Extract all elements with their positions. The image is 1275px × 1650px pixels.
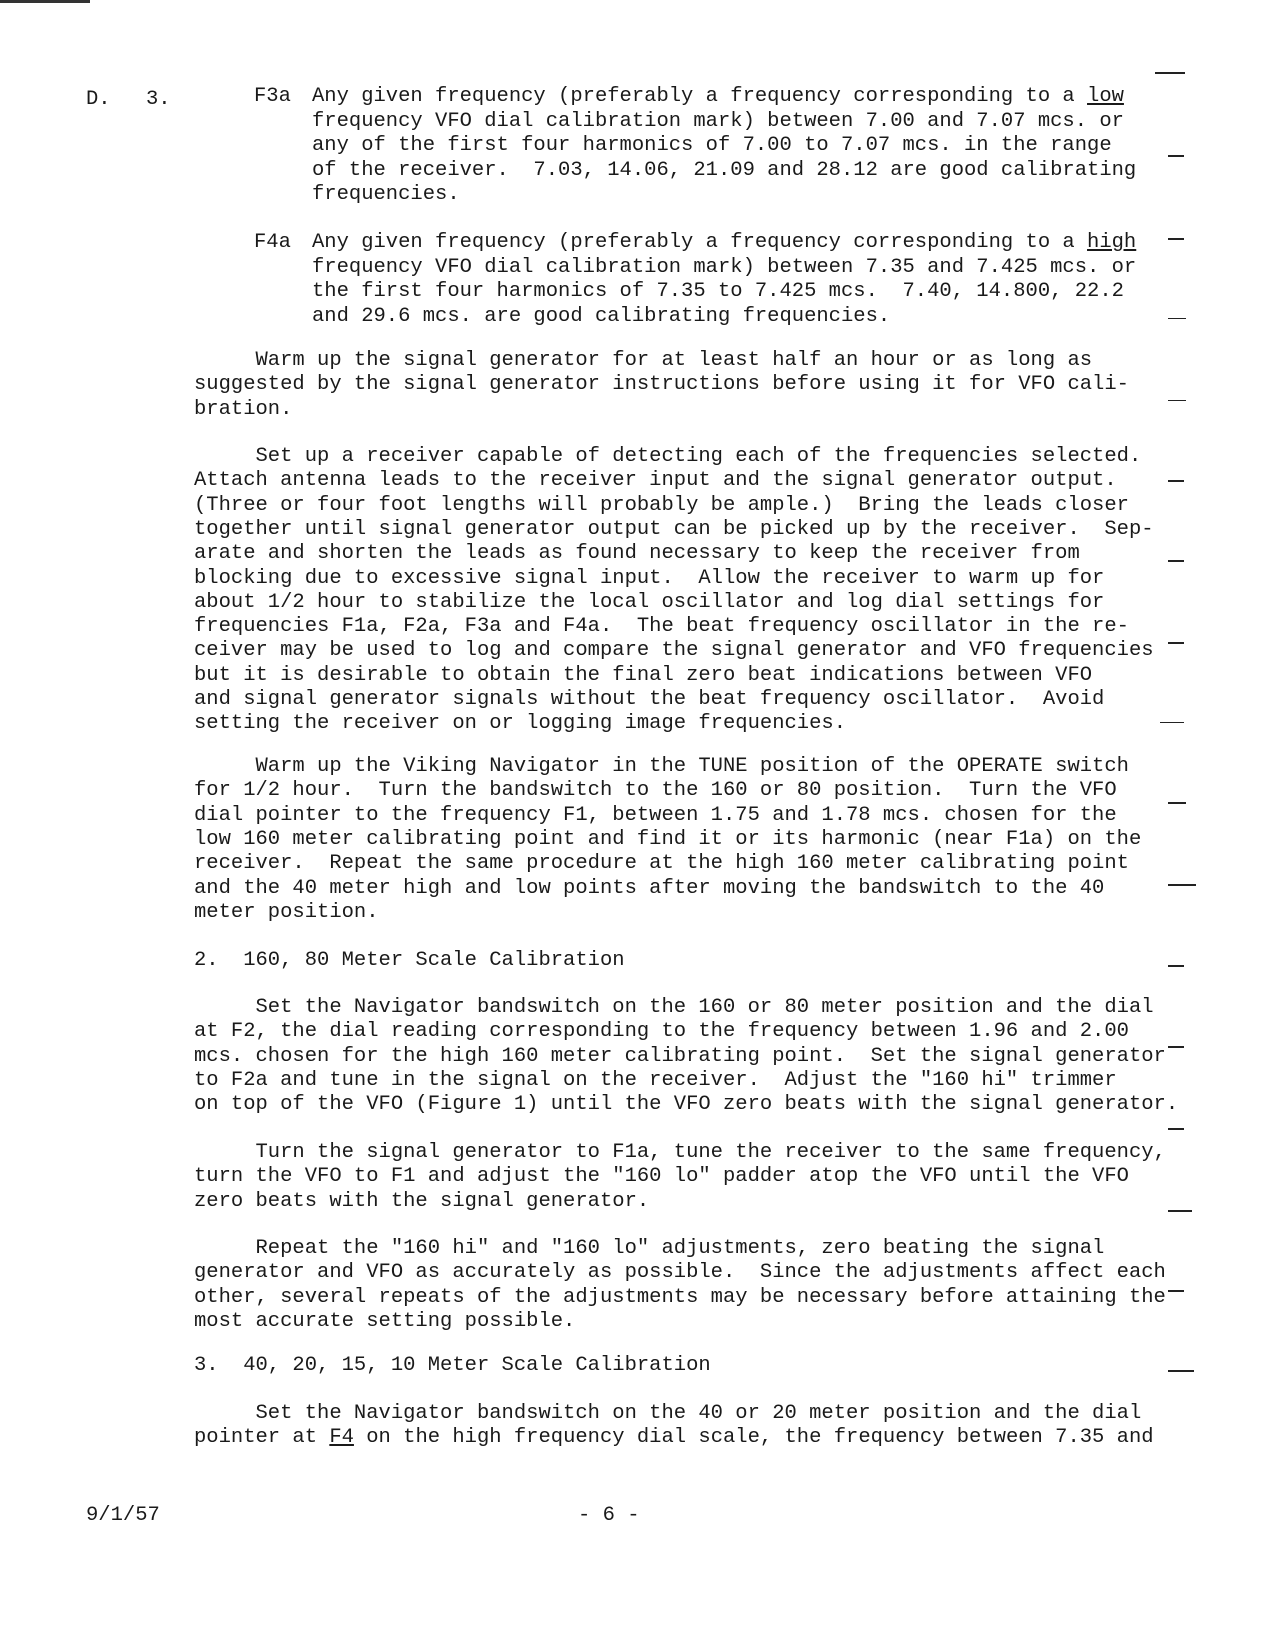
emphasis-low: low (1087, 85, 1124, 108)
text-line: turn the VFO to F1 and adjust the "160 l… (194, 1164, 1129, 1189)
text-line: Warm up the signal generator for at leas… (194, 348, 1092, 373)
text-line: (Three or four foot lengths will probabl… (194, 493, 1129, 518)
text-line: Any given frequency (preferably a freque… (312, 84, 1124, 109)
heading-40-20-15-10-calibration: 3. 40, 20, 15, 10 Meter Scale Calibratio… (194, 1353, 711, 1378)
text-line: dial pointer to the frequency F1, betwee… (194, 803, 1117, 828)
margin-mark (1168, 238, 1184, 240)
text-line: ceiver may be used to log and compare th… (194, 638, 1154, 663)
text-line: receiver. Repeat the same procedure at t… (194, 851, 1129, 876)
text-line: most accurate setting possible. (194, 1309, 575, 1334)
margin-mark (1168, 155, 1184, 157)
text-line: zero beats with the signal generator. (194, 1189, 649, 1214)
text-line: for 1/2 hour. Turn the bandswitch to the… (194, 778, 1117, 803)
margin-mark (1168, 480, 1184, 482)
text-line: meter position. (194, 900, 379, 925)
margin-mark (1168, 1290, 1184, 1292)
text-line: Turn the signal generator to F1a, tune t… (194, 1140, 1166, 1165)
text-line: other, several repeats of the adjustment… (194, 1285, 1166, 1310)
emphasis-high: high (1087, 231, 1136, 254)
text-line: Set the Navigator bandswitch on the 40 o… (194, 1401, 1141, 1426)
text-line: arate and shorten the leads as found nec… (194, 541, 1080, 566)
item-label-f3a: F3a (254, 84, 291, 109)
margin-mark (1168, 884, 1196, 886)
item-label-f4a: F4a (254, 230, 291, 255)
text-line: pointer at F4 on the high frequency dial… (194, 1425, 1154, 1450)
text-line: Any given frequency (preferably a freque… (312, 230, 1136, 255)
margin-mark (1155, 72, 1185, 74)
margin-mark (1168, 400, 1186, 401)
text-line: but it is desirable to obtain the final … (194, 663, 1092, 688)
text-line: generator and VFO as accurately as possi… (194, 1260, 1166, 1285)
text-line: blocking due to excessive signal input. … (194, 566, 1104, 591)
page-number: - 6 - (578, 1503, 640, 1528)
margin-mark (1168, 642, 1184, 644)
margin-mark (1168, 1370, 1194, 1372)
text-line: and 29.6 mcs. are good calibrating frequ… (312, 304, 890, 329)
text-line: bration. (194, 397, 292, 422)
text-line: on top of the VFO (Figure 1) until the V… (194, 1092, 1178, 1117)
section-label: D. (86, 87, 111, 112)
margin-mark (1168, 1046, 1184, 1048)
text-line: Attach antenna leads to the receiver inp… (194, 468, 1117, 493)
text-line: at F2, the dial reading corresponding to… (194, 1019, 1129, 1044)
text-line: Repeat the "160 hi" and "160 lo" adjustm… (194, 1236, 1104, 1261)
text-line: together until signal generator output c… (194, 517, 1154, 542)
margin-mark (1168, 965, 1184, 967)
text-line: Set up a receiver capable of detecting e… (194, 444, 1141, 469)
footer-date: 9/1/57 (86, 1503, 160, 1528)
text-line: the first four harmonics of 7.35 to 7.42… (312, 279, 1124, 304)
margin-mark (1168, 560, 1184, 562)
text-line: of the receiver. 7.03, 14.06, 21.09 and … (312, 158, 1136, 183)
text-line: frequencies. (312, 182, 460, 207)
text-line: frequency VFO dial calibration mark) bet… (312, 109, 1124, 134)
text-line: and the 40 meter high and low points aft… (194, 876, 1104, 901)
text-line: Set the Navigator bandswitch on the 160 … (194, 995, 1154, 1020)
heading-160-80-calibration: 2. 160, 80 Meter Scale Calibration (194, 948, 625, 973)
text-line: to F2a and tune in the signal on the rec… (194, 1068, 1117, 1093)
margin-mark (1168, 802, 1186, 804)
margin-mark (1168, 1128, 1184, 1130)
text-line: any of the first four harmonics of 7.00 … (312, 133, 1112, 158)
emphasis-f4: F4 (329, 1426, 354, 1449)
text-line: frequencies F1a, F2a, F3a and F4a. The b… (194, 614, 1129, 639)
text-line: and signal generator signals without the… (194, 687, 1104, 712)
text-line: suggested by the signal generator instru… (194, 372, 1129, 397)
text-line: Warm up the Viking Navigator in the TUNE… (194, 754, 1129, 779)
text-line: setting the receiver on or logging image… (194, 711, 846, 736)
text-line: mcs. chosen for the high 160 meter calib… (194, 1044, 1166, 1069)
margin-mark (1160, 722, 1184, 723)
margin-mark (1168, 318, 1186, 319)
scan-artifact (0, 0, 90, 3)
text-line: frequency VFO dial calibration mark) bet… (312, 255, 1136, 280)
section-number: 3. (146, 87, 171, 112)
text-line: about 1/2 hour to stabilize the local os… (194, 590, 1104, 615)
margin-mark (1168, 1210, 1192, 1212)
text-line: low 160 meter calibrating point and find… (194, 827, 1141, 852)
